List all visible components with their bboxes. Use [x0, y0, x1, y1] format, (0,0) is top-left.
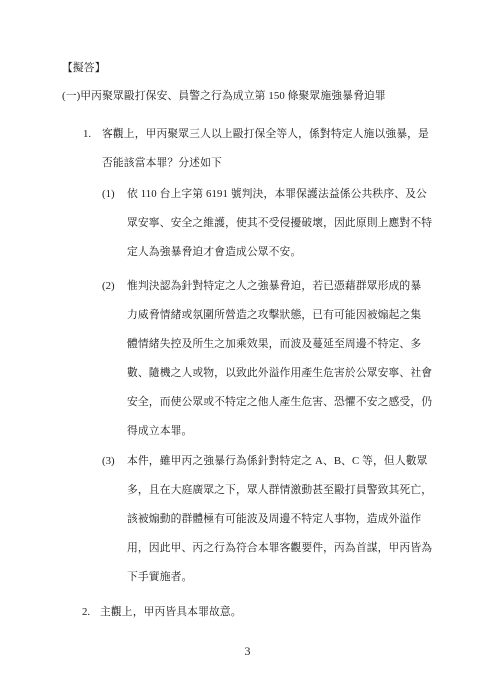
sub-item-1-label: (1): [102, 180, 115, 209]
item-2-text: 主觀上，甲丙皆具本罪故意。: [100, 598, 242, 627]
document-page: 【擬答】 (一)甲丙聚眾毆打保安、員警之行為成立第 150 條聚眾施強暴脅迫罪 …: [0, 0, 495, 700]
sub-item-2-text: 惟判決認為針對特定之人之強暴脅迫，若已憑藉群眾形成的暴 力威脅情緒或氛圍所營造之…: [127, 272, 432, 446]
item-1-number: 1.: [83, 120, 91, 149]
sub-item-3-label: (3): [102, 447, 115, 476]
sub-item-1-text: 依 110 台上字第 6191 號判決，本罪保護法益係公共秩序、及公 眾安寧、安…: [127, 180, 432, 267]
section-one-heading: (一)甲丙聚眾毆打保安、員警之行為成立第 150 條聚眾施強暴脅迫罪: [62, 82, 386, 111]
item-2-number: 2.: [82, 598, 90, 627]
sub-item-3-text: 本件，雖甲丙之強暴行為係針對特定之 A、B、C 等，但人數眾 多，且在大庭廣眾之…: [127, 447, 432, 592]
page-number: 3: [0, 644, 495, 658]
answer-header: 【擬答】: [62, 54, 106, 83]
item-1-text: 客觀上，甲丙聚眾三人以上毆打保全等人，係對特定人施以強暴，是 否能該當本罪？分述…: [102, 120, 429, 178]
sub-item-2-label: (2): [102, 272, 115, 301]
